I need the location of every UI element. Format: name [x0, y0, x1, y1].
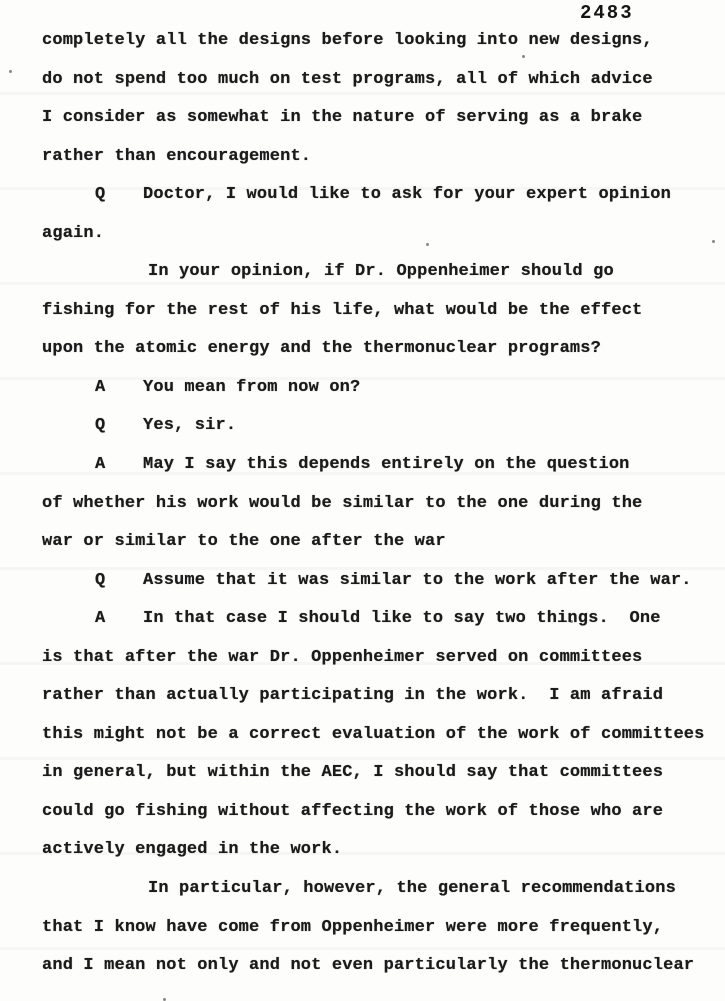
transcript-line-qa: QDoctor, I would like to ask for your ex…: [42, 176, 714, 215]
transcript-line: actively engaged in the work.: [42, 831, 714, 870]
speaker-label: Q: [95, 176, 143, 215]
transcript-line: rather than actually participating in th…: [42, 677, 714, 716]
transcript-line-qa: AMay I say this depends entirely on the …: [42, 446, 714, 485]
transcript-line: this might not be a correct evaluation o…: [42, 716, 714, 755]
transcript-line: In your opinion, if Dr. Oppenheimer shou…: [42, 253, 714, 292]
transcript-line: of whether his work would be similar to …: [42, 485, 714, 524]
transcript-content: completely all the designs before lookin…: [42, 22, 714, 986]
speaker-label: A: [95, 369, 143, 408]
transcript-line: war or similar to the one after the war: [42, 523, 714, 562]
transcript-line-qa: AYou mean from now on?: [42, 369, 714, 408]
transcript-line: is that after the war Dr. Oppenheimer se…: [42, 639, 714, 678]
speaker-label: A: [95, 446, 143, 485]
transcript-line-qa: QYes, sir.: [42, 407, 714, 446]
transcript-line: rather than encouragement.: [42, 138, 714, 177]
speaker-label: Q: [95, 407, 143, 446]
page-number: 2483: [580, 2, 634, 24]
transcript-line: fishing for the rest of his life, what w…: [42, 292, 714, 331]
transcript-line: in general, but within the AEC, I should…: [42, 754, 714, 793]
transcript-line: again.: [42, 215, 714, 254]
transcript-line-text: You mean from now on?: [143, 378, 360, 397]
speaker-label: A: [95, 600, 143, 639]
transcript-line-text: In that case I should like to say two th…: [143, 609, 661, 628]
transcript-line: that I know have come from Oppenheimer w…: [42, 909, 714, 948]
speaker-label: Q: [95, 562, 143, 601]
transcript-line-text: May I say this depends entirely on the q…: [143, 455, 630, 474]
transcript-line: In particular, however, the general reco…: [42, 870, 714, 909]
transcript-line-qa: AIn that case I should like to say two t…: [42, 600, 714, 639]
transcript-line: upon the atomic energy and the thermonuc…: [42, 330, 714, 369]
transcript-line: and I mean not only and not even particu…: [42, 947, 714, 986]
scan-speck: [9, 70, 12, 73]
transcript-line-text: Yes, sir.: [143, 416, 236, 435]
transcript-line-qa: QAssume that it was similar to the work …: [42, 562, 714, 601]
document-page: 2483 completely all the designs before l…: [0, 0, 725, 1001]
transcript-line: do not spend too much on test programs, …: [42, 61, 714, 100]
transcript-line-text: Doctor, I would like to ask for your exp…: [143, 185, 671, 204]
transcript-line-text: Assume that it was similar to the work a…: [143, 571, 692, 590]
transcript-line: could go fishing without affecting the w…: [42, 793, 714, 832]
transcript-line: completely all the designs before lookin…: [42, 22, 714, 61]
transcript-line: I consider as somewhat in the nature of …: [42, 99, 714, 138]
